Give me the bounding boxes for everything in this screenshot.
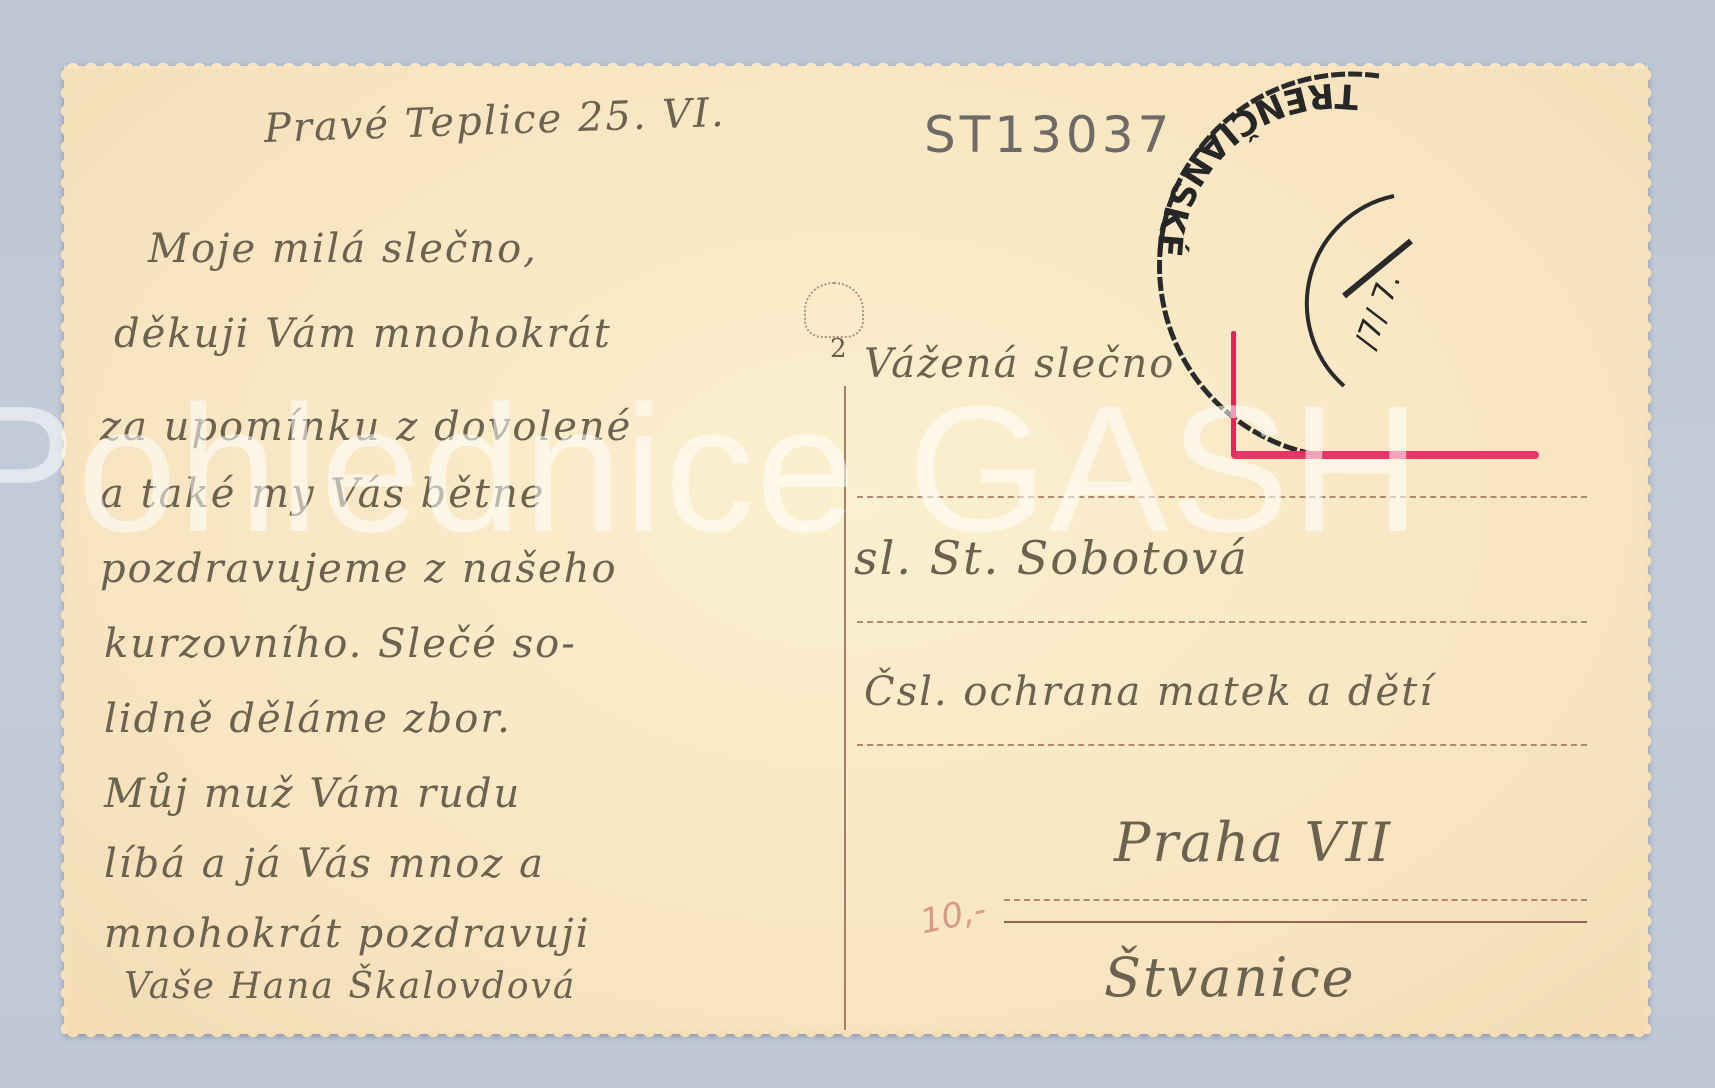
message-line: mnohokrát pozdravuji (104, 911, 591, 957)
address-city: Praha VII (1114, 811, 1392, 874)
message-line: líbá a já Vás mnoz a (104, 841, 545, 887)
divider-marker: 2 (830, 334, 847, 364)
message-line: děkuji Vám mnohokrát (114, 311, 612, 357)
scalloped-edge-right (1645, 66, 1655, 1034)
price-mark: 10,- (917, 890, 990, 943)
address-line-4 (1004, 899, 1587, 901)
message-line: lidně děláme zbor. (104, 696, 512, 742)
place-date: Pravé Teplice 25. VI. (263, 90, 726, 152)
inventory-code: ST13037 (924, 106, 1173, 164)
signature: Vaše Hana Škalovdová (124, 966, 576, 1007)
message-line: Moje milá slečno, (148, 226, 538, 272)
address-institution: Čsl. ochrana matek a dětí (864, 669, 1434, 715)
svg-text:TRENČIANSKÉ: TRENČIANSKÉ (1149, 75, 1360, 262)
address-line-3 (857, 744, 1587, 746)
address-street: Štvanice (1104, 946, 1356, 1009)
watermark: Pohlednice GASH (0, 380, 1422, 560)
publisher-emblem-icon (804, 282, 864, 338)
address-line-5 (1004, 921, 1587, 923)
scalloped-edge-bottom (64, 1031, 1648, 1041)
address-line-2 (857, 621, 1587, 623)
message-line: kurzovního. Slečé so- (104, 621, 577, 667)
message-line: Můj muž Vám rudu (104, 771, 521, 817)
